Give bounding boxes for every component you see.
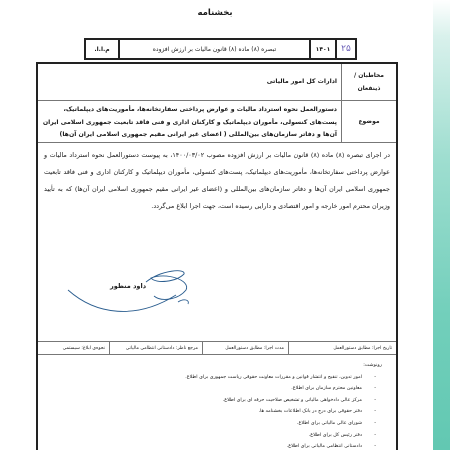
signature-block: داود منظور	[38, 254, 396, 341]
execution-duration: مدت اجرا: مطابق دستورالعمل	[202, 342, 288, 354]
subject-row: موضوع دستورالعمل نحوه استرداد مالیات و ع…	[38, 101, 396, 143]
bullet-dash-icon: -	[362, 430, 376, 442]
signature-icon	[66, 260, 196, 330]
reference-bar: ۲۵ ۱۴۰۱ تبصره (۸) ماده (۸) قانون مالیات …	[84, 38, 357, 60]
bullet-dash-icon: -	[362, 383, 376, 395]
execution-date: تاریخ اجرا: مطابق دستورالعمل	[288, 342, 396, 354]
circular-main-box: مخاطبان / ذینفعان ادارات کل امور مالیاتی…	[36, 62, 398, 450]
side-decorative-stripe	[433, 0, 450, 450]
supervising-authority: مرجع ناظر: دادستانی انتظامی مالیاتی	[109, 342, 202, 354]
bullet-dash-icon: -	[362, 441, 376, 450]
bullet-dash-icon: -	[362, 395, 376, 407]
addressee-row: مخاطبان / ذینفعان ادارات کل امور مالیاتی	[38, 64, 396, 101]
notification-method: نحوه‌ی ابلاغ: سیستمی	[38, 342, 109, 354]
carbon-copy-section: رونوشت: -امور تدوین، تنقیح و انتشار قوان…	[38, 355, 396, 450]
body-paragraph: در اجرای تبصره (۸) ماده (۸) قانون مالیات…	[38, 143, 396, 254]
cc-item: -مرکز عالی دادخواهی مالیاتی و تشخیص صلاح…	[38, 395, 376, 407]
circular-subject-short: تبصره (۸) ماده (۸) قانون مالیات بر ارزش …	[118, 40, 309, 58]
cc-item: -شورای عالی مالیاتی برای اطلاع.	[38, 418, 376, 430]
document-title: بخشنامه	[0, 8, 430, 18]
cc-item: -دادستانی انتظامی مالیاتی برای اطلاع.	[38, 441, 376, 450]
signer-name: داود منظور	[110, 282, 146, 290]
addressee-value: ادارات کل امور مالیاتی	[38, 64, 341, 100]
cc-list: -امور تدوین، تنقیح و انتشار قوانین و مقر…	[38, 372, 382, 450]
cc-item: -معاونین محترم سازمان برای اطلاع.	[38, 383, 376, 395]
circular-code: م.ا.ا.	[86, 40, 118, 58]
bullet-dash-icon: -	[362, 406, 376, 418]
subject-label: موضوع	[341, 101, 396, 142]
cc-title: رونوشت:	[38, 360, 382, 372]
subject-value: دستورالعمل نحوه استرداد مالیات و عوارض پ…	[38, 101, 341, 142]
circular-year: ۱۴۰۱	[309, 40, 335, 58]
bullet-dash-icon: -	[362, 372, 376, 384]
cc-item: -دفتر حقوقی برای درج در بانک اطلاعات بخش…	[38, 406, 376, 418]
cc-item: -دفتر رئیس کل برای اطلاع.	[38, 430, 376, 442]
addressee-label: مخاطبان / ذینفعان	[341, 64, 396, 100]
circular-number: ۲۵	[335, 40, 355, 58]
execution-info-row: تاریخ اجرا: مطابق دستورالعمل مدت اجرا: م…	[38, 341, 396, 355]
cc-item: -امور تدوین، تنقیح و انتشار قوانین و مقر…	[38, 372, 376, 384]
bullet-dash-icon: -	[362, 418, 376, 430]
